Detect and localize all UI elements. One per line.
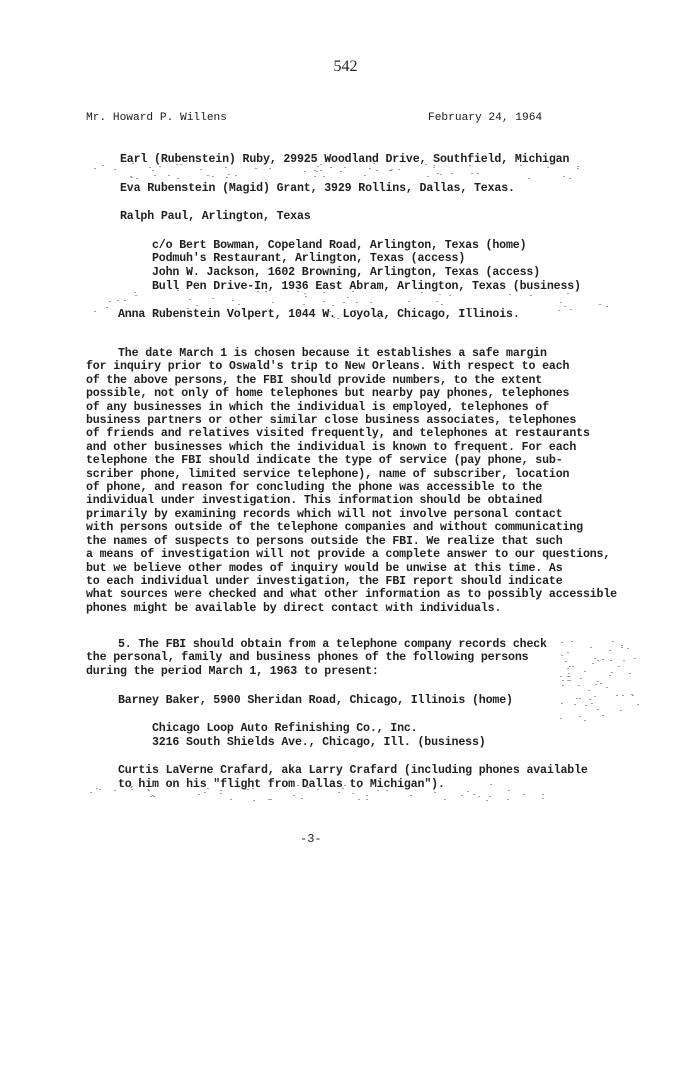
paragraph-line: what sources were checked and what other…: [86, 588, 646, 601]
paragraph-line: of phone, and reason for concluding the …: [86, 481, 646, 494]
document-page: 542 Mr. Howard P. Willens February 24, 1…: [0, 0, 691, 1081]
paragraph-line: of any businesses in which the individua…: [86, 401, 646, 414]
paragraph-line: 5. The FBI should obtain from a telephon…: [86, 638, 646, 651]
paragraph-line: telephone the FBI should indicate the ty…: [86, 454, 646, 467]
paragraph-line: during the period March 1, 1963 to prese…: [86, 665, 646, 678]
paragraph-line: possible, not only of home telephones bu…: [86, 387, 646, 400]
paragraph-line: of the above persons, the FBI should pro…: [86, 374, 646, 387]
person-earl-ruby: Earl (Rubenstein) Ruby, 29925 Woodland D…: [120, 153, 569, 166]
paragraph-line: to each individual under investigation, …: [86, 575, 646, 588]
paragraph-item-5: 5. The FBI should obtain from a telephon…: [86, 638, 646, 678]
page-number: 542: [0, 58, 691, 76]
paragraph-line: with persons outside of the telephone co…: [86, 521, 646, 534]
paragraph-line: scriber phone, limited service telephone…: [86, 468, 646, 481]
addressee: Mr. Howard P. Willens: [86, 112, 227, 124]
person-crafard: Curtis LaVerne Crafard, aka Larry Crafar…: [118, 764, 588, 777]
paragraph-line: individual under investigation. This inf…: [86, 494, 646, 507]
paragraph-line: a means of investigation will not provid…: [86, 548, 646, 561]
paragraph-line: but we believe other modes of inquiry wo…: [86, 562, 646, 575]
person-ralph-paul: Ralph Paul, Arlington, Texas: [120, 210, 311, 223]
ralph-paul-contact: Podmuh's Restaurant, Arlington, Texas (a…: [152, 252, 465, 265]
ralph-paul-contact: c/o Bert Bowman, Copeland Road, Arlingto…: [152, 239, 526, 252]
ralph-paul-contact: Bull Pen Drive-In, 1936 East Abram, Arli…: [152, 280, 581, 293]
footer-page-number: -3-: [300, 832, 322, 846]
letter-date: February 24, 1964: [428, 112, 542, 124]
business-chicago-loop: Chicago Loop Auto Refinishing Co., Inc.: [152, 722, 418, 735]
paragraph-line: and other businesses which the individua…: [86, 441, 646, 454]
paragraph-line: business partners or other similar close…: [86, 414, 646, 427]
paragraph-date-rationale: The date March 1 is chosen because it es…: [86, 347, 646, 615]
paragraph-line: The date March 1 is chosen because it es…: [86, 347, 646, 360]
paragraph-line: phones might be available by direct cont…: [86, 602, 646, 615]
person-barney-baker: Barney Baker, 5900 Sheridan Road, Chicag…: [118, 694, 513, 707]
paragraph-line: of friends and relatives visited frequen…: [86, 427, 646, 440]
paragraph-line: the personal, family and business phones…: [86, 651, 646, 664]
ralph-paul-contact: John W. Jackson, 1602 Browning, Arlingto…: [152, 266, 540, 279]
person-eva-grant: Eva Rubenstein (Magid) Grant, 3929 Rolli…: [120, 182, 515, 195]
paragraph-line: primarily by examining records which wil…: [86, 508, 646, 521]
person-anna-volpert: Anna Rubenstein Volpert, 1044 W. Loyola,…: [118, 308, 520, 321]
business-chicago-loop-address: 3216 South Shields Ave., Chicago, Ill. (…: [152, 736, 486, 749]
person-crafard-note: to him on his "flight from Dallas to Mic…: [118, 778, 445, 791]
paragraph-line: for inquiry prior to Oswald's trip to Ne…: [86, 360, 646, 373]
paragraph-line: the names of suspects to persons outside…: [86, 535, 646, 548]
